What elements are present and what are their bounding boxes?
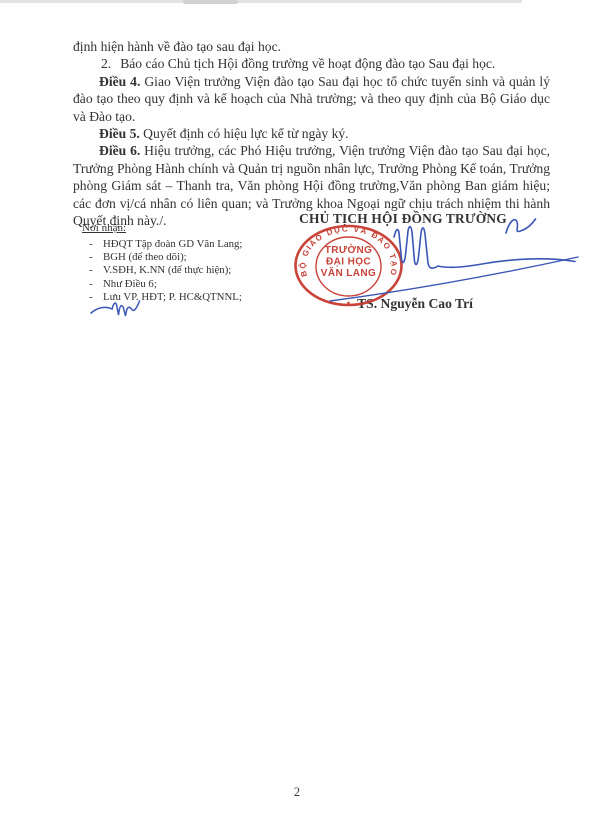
article-6-label: Điều 6. <box>99 143 140 158</box>
recipients-block: Nơi nhận: HĐQT Tập đoàn GD Văn Lang; BGH… <box>82 222 242 304</box>
clerk-initial-scribble <box>88 296 152 322</box>
recipient-item: Như Điều 6; <box>82 278 242 291</box>
recipient-item: HĐQT Tập đoàn GD Văn Lang; <box>82 238 242 251</box>
scan-smudge-artifact <box>183 0 238 4</box>
recipients-heading: Nơi nhận: <box>82 222 242 234</box>
item-text: Báo cáo Chủ tịch Hội đồng trường về hoạt… <box>120 56 495 71</box>
recipient-item: BGH (để theo dõi); <box>82 251 242 264</box>
continuation-text: định hiện hành về đào tạo sau đại học. <box>73 39 281 54</box>
recipients-list: HĐQT Tập đoàn GD Văn Lang; BGH (để theo … <box>82 238 242 304</box>
page-number: 2 <box>0 785 594 800</box>
article-4-paragraph: Điều 4. Giao Viện trưởng Viện đào tạo Sa… <box>73 73 550 125</box>
article-5-label: Điều 5. <box>99 126 140 141</box>
recipient-item: V.SĐH, K.NN (để thực hiện); <box>82 264 242 277</box>
article-4-text: Giao Viện trưởng Viện đào tạo Sau đại họ… <box>73 74 550 124</box>
document-page: định hiện hành về đào tạo sau đại học. 2… <box>0 0 594 815</box>
article-4-label: Điều 4. <box>99 74 140 89</box>
continuation-paragraph: định hiện hành về đào tạo sau đại học. <box>73 38 550 55</box>
numbered-item-2: 2.Báo cáo Chủ tịch Hội đồng trường về ho… <box>73 55 550 72</box>
article-5-text: Quyết định có hiệu lực kể từ ngày ký. <box>140 126 349 141</box>
signature-scribble <box>280 195 592 330</box>
scan-edge-artifact <box>0 0 522 3</box>
item-number: 2. <box>101 56 111 71</box>
article-5-paragraph: Điều 5. Quyết định có hiệu lực kể từ ngà… <box>73 125 550 142</box>
